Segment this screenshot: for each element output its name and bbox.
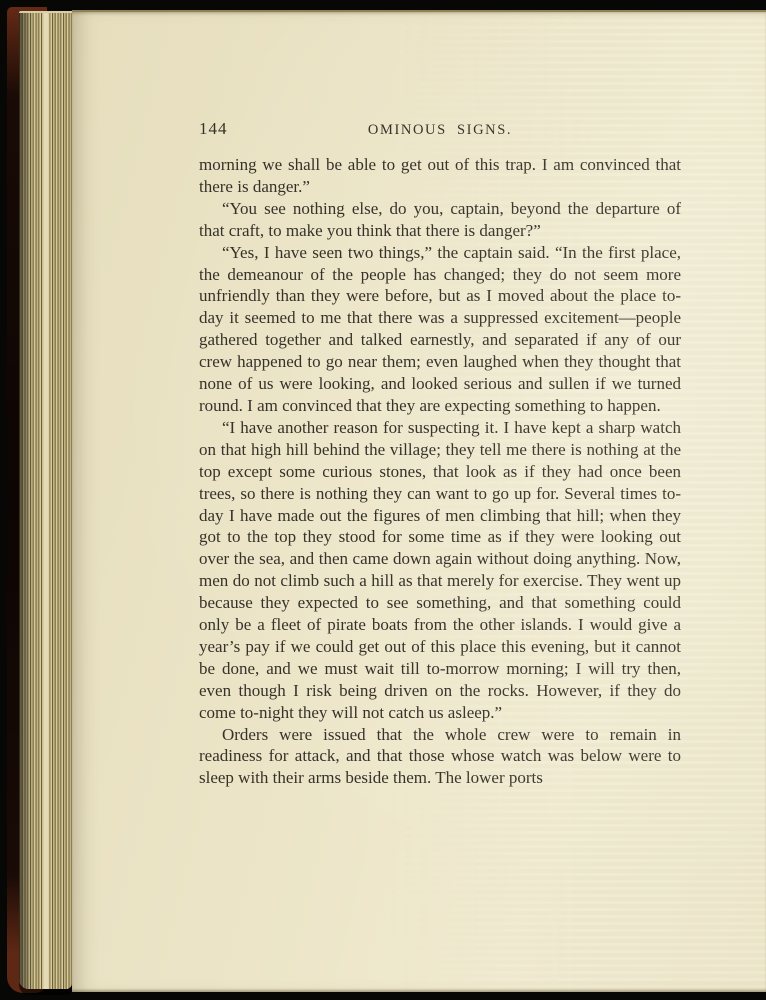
paragraph: “Yes, I have seen two things,” the capta… xyxy=(199,242,681,417)
paragraph: “You see nothing else, do you, captain, … xyxy=(199,198,681,242)
page-body: morning we shall be able to get out of t… xyxy=(199,154,681,789)
paragraph: “I have another reason for suspecting it… xyxy=(199,417,681,724)
photo-background: 144 OMINOUS SIGNS. morning we shall be a… xyxy=(0,0,766,1000)
page-number: 144 xyxy=(199,119,228,139)
paragraph: morning we shall be able to get out of t… xyxy=(199,154,681,198)
running-header-title: OMINOUS SIGNS. xyxy=(368,122,512,139)
page-header: 144 OMINOUS SIGNS. xyxy=(199,119,681,139)
printed-content: 144 OMINOUS SIGNS. morning we shall be a… xyxy=(199,119,681,789)
book-page: 144 OMINOUS SIGNS. morning we shall be a… xyxy=(72,10,766,992)
page-edge-stack xyxy=(19,11,72,989)
paragraph: Orders were issued that the whole crew w… xyxy=(199,724,681,790)
